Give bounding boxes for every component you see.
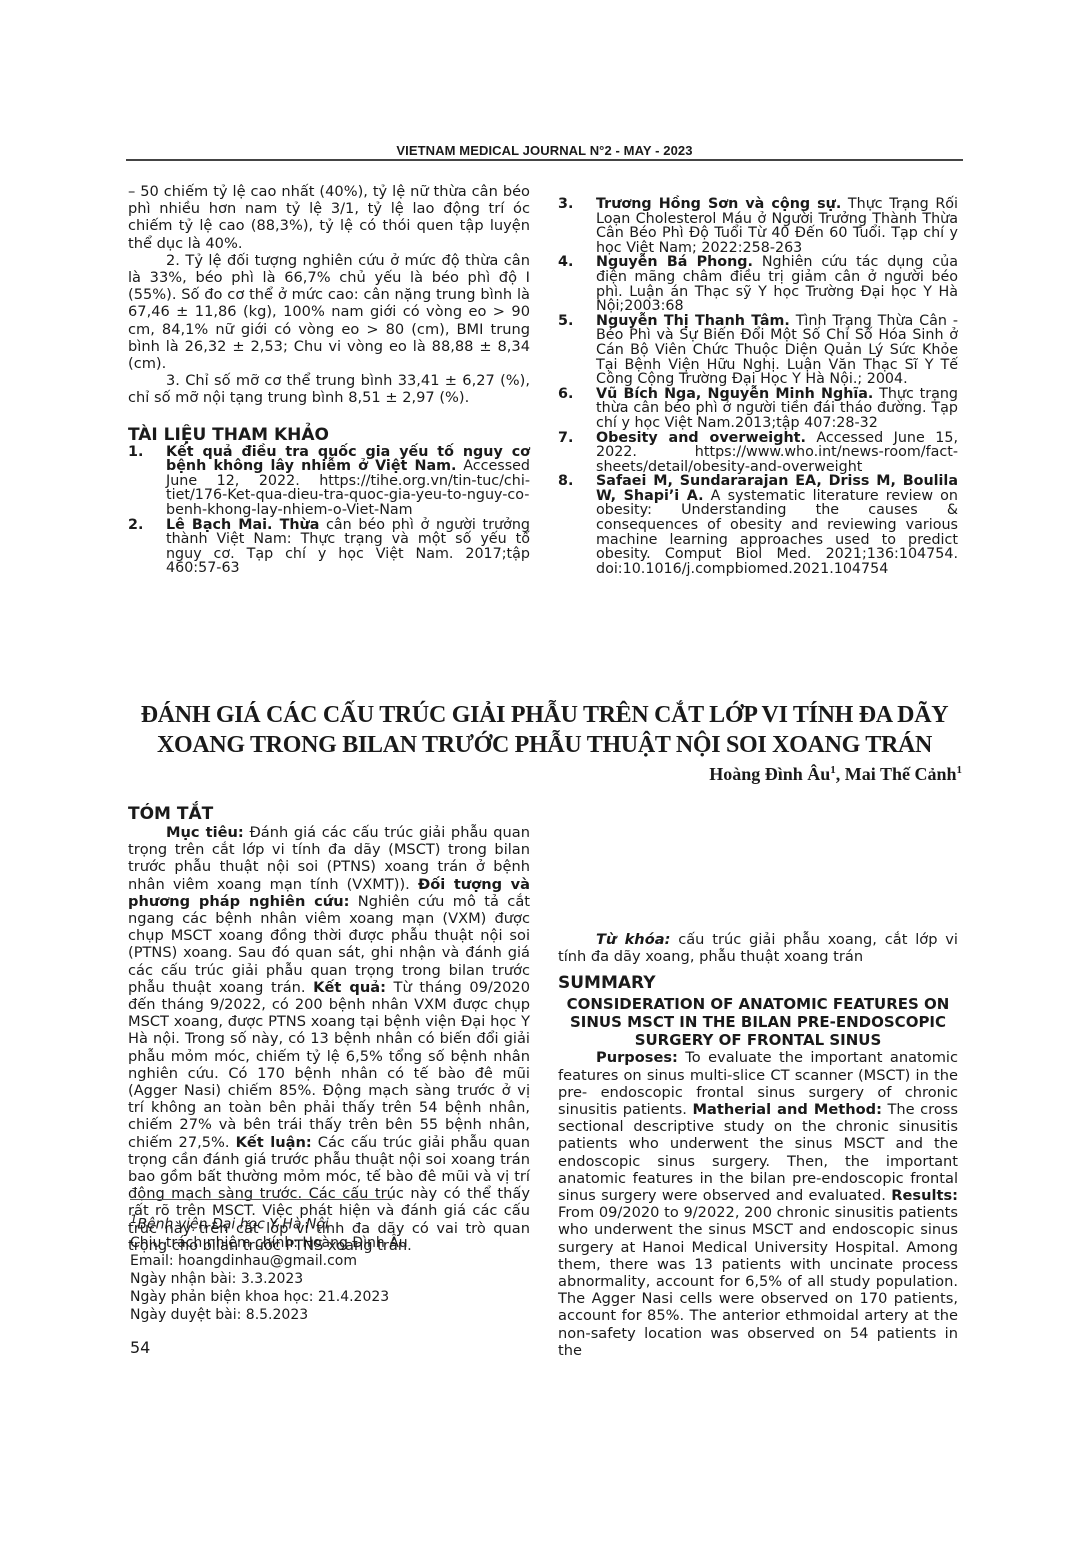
- prev-article-left-column: – 50 chiếm tỷ lệ cao nhất (40%), tỷ lệ n…: [128, 183, 530, 576]
- abstract-heading: TÓM TẮT: [128, 804, 530, 824]
- article-title-line-2: XOANG TRONG BILAN TRƯỚC PHẪU THUẬT NỘI S…: [126, 730, 963, 760]
- conclusion-paragraph-2: 2. Tỷ lệ đối tượng nghiên cứu ở mức độ t…: [128, 252, 530, 372]
- keywords: Từ khóa: cấu trúc giải phẫu xoang, cắt l…: [558, 931, 958, 965]
- references-list-right: 3.Trương Hồng Sơn và cộng sự. Thực Trạng…: [558, 197, 958, 576]
- reference-item: 3.Trương Hồng Sơn và cộng sự. Thực Trạng…: [558, 197, 958, 255]
- abstract-body: Mục tiêu: Đánh giá các cấu trúc giải phẫ…: [128, 824, 530, 1254]
- affiliation: 1Bệnh viện Đại học Y Hà Nội: [130, 1210, 408, 1234]
- reference-item: 6.Vũ Bích Nga, Nguyễn Minh Nghĩa. Thực t…: [558, 387, 958, 431]
- references-heading: TÀI LIỆU THAM KHẢO: [128, 425, 530, 445]
- article-title: ĐÁNH GIÁ CÁC CẤU TRÚC GIẢI PHẪU TRÊN CẮT…: [126, 700, 963, 760]
- page-number: 54: [130, 1338, 150, 1357]
- reference-item: 5.Nguyễn Thị Thanh Tâm. Tình Trạng Thừa …: [558, 314, 958, 387]
- reference-item: 8.Safaei M, Sundararajan EA, Driss M, Bo…: [558, 474, 958, 576]
- footnotes: 1Bệnh viện Đại học Y Hà Nội Chịu trách n…: [130, 1210, 408, 1324]
- email: Email: hoangdinhau@gmail.com: [130, 1252, 408, 1270]
- reviewed-date: Ngày phản biện khoa học: 21.4.2023: [130, 1288, 408, 1306]
- summary-column: Từ khóa: cấu trúc giải phẫu xoang, cắt l…: [558, 937, 958, 1359]
- references-list-left: 1.Kết quả điều tra quốc gia yếu tố nguy …: [128, 445, 530, 576]
- summary-title: CONSIDERATION OF ANATOMIC FEATURES ON SI…: [558, 995, 958, 1049]
- corresponding-author: Chịu trách nhiệm chính: Hoàng Đình Âu: [130, 1234, 408, 1252]
- prev-article-right-column: 3.Trương Hồng Sơn và cộng sự. Thực Trạng…: [558, 197, 958, 576]
- header-rule: [126, 159, 963, 161]
- footnote-rule: [130, 1199, 392, 1200]
- reference-item: 7.Obesity and overweight. Accessed June …: [558, 431, 958, 475]
- accepted-date: Ngày duyệt bài: 8.5.2023: [130, 1306, 408, 1324]
- reference-item: 4.Nguyễn Bá Phong. Nghiên cứu tác dụng c…: [558, 255, 958, 313]
- received-date: Ngày nhận bài: 3.3.2023: [130, 1270, 408, 1288]
- summary-heading: SUMMARY: [558, 973, 958, 993]
- journal-header: VIETNAM MEDICAL JOURNAL N°2 - MAY - 2023: [126, 143, 963, 158]
- reference-item: 2.Lê Bạch Mai. Thừa cân béo phì ở người …: [128, 518, 530, 576]
- summary-body: Purposes: To evaluate the important anat…: [558, 1049, 958, 1359]
- conclusion-paragraph-3: 3. Chỉ số mỡ cơ thể trung bình 33,41 ± 6…: [128, 372, 530, 406]
- reference-item: 1.Kết quả điều tra quốc gia yếu tố nguy …: [128, 445, 530, 518]
- article-title-line-1: ĐÁNH GIÁ CÁC CẤU TRÚC GIẢI PHẪU TRÊN CẮT…: [126, 700, 963, 730]
- conclusion-paragraph-1: – 50 chiếm tỷ lệ cao nhất (40%), tỷ lệ n…: [128, 183, 530, 252]
- article-authors: Hoàng Đình Âu1, Mai Thế Cảnh1: [709, 764, 962, 785]
- abstract-column: TÓM TẮT Mục tiêu: Đánh giá các cấu trúc …: [128, 804, 530, 1254]
